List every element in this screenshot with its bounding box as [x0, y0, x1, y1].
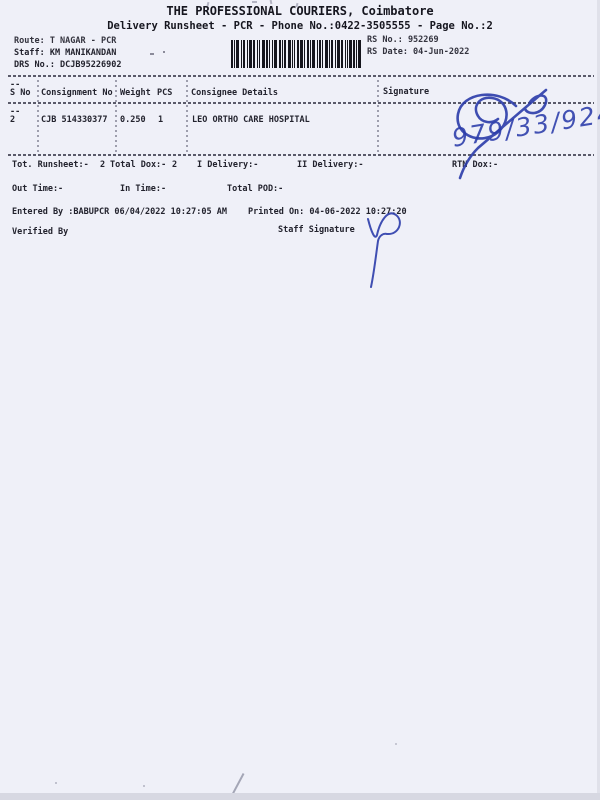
ii-delivery-label: II Delivery:-: [297, 161, 364, 171]
scan-noise-speck: [252, 1, 257, 3]
total-pod-label: Total POD:-: [227, 185, 283, 195]
rs-date-field: RS Date: 04-Jun-2022: [367, 48, 469, 58]
cell-pcs: 1: [158, 116, 163, 126]
out-time-label: Out Time:-: [12, 185, 63, 195]
col-header-weight: Weight: [120, 89, 151, 99]
scan-noise-speck: [143, 785, 145, 787]
rs-no-field: RS No.: 952269: [367, 36, 439, 46]
tot-runsheet-label: Tot. Runsheet:-: [12, 161, 89, 171]
cell-consignee: LEO ORTHO CARE HOSPITAL: [192, 116, 310, 126]
in-time-label: In Time:-: [120, 185, 166, 195]
column-separator: [37, 80, 39, 154]
consignee-signature-ink: [418, 86, 600, 181]
scan-noise-speck: [395, 743, 397, 745]
tot-runsheet-value: 2: [100, 161, 105, 171]
col-header-consignee: Consignee Details: [191, 89, 278, 99]
scan-edge: [0, 793, 600, 800]
staff-signature-label: Staff Signature: [278, 226, 355, 236]
dashed-separator: [8, 75, 594, 77]
cell-consignment-no: CJB 514330377: [41, 116, 108, 126]
col-header-pcs: PCS: [157, 89, 172, 99]
staff-signature-ink: [358, 211, 408, 289]
pen-dot: [163, 51, 165, 53]
entered-by-field: Entered By :BABUPCR 06/04/2022 10:27:05 …: [12, 208, 227, 218]
scan-noise-speck: [55, 782, 57, 784]
runsheet-subtitle: Delivery Runsheet - PCR - Phone No.:0422…: [0, 20, 600, 32]
total-dox-label: Total Dox:-: [110, 161, 166, 171]
staff-field: Staff: KM MANIKANDAN: [14, 49, 116, 59]
col-header-sno: S No: [10, 89, 30, 99]
total-dox-value: 2: [172, 161, 177, 171]
company-title: THE PROFESSIONAL COURIERS, Coimbatore: [0, 5, 600, 19]
col-header-consignment: Consignment No: [41, 89, 113, 99]
column-separator: [186, 80, 188, 154]
column-separator: [115, 80, 117, 154]
i-delivery-label: I Delivery:-: [197, 161, 258, 171]
drs-no-field: DRS No.: DCJB95226902: [14, 61, 121, 71]
verified-by-label: Verified By: [12, 228, 68, 238]
runsheet-document: THE PROFESSIONAL COURIERS, Coimbatore De…: [0, 0, 600, 800]
cell-weight: 0.250: [120, 116, 146, 126]
pen-dot: [150, 53, 154, 55]
barcode: [231, 40, 361, 68]
column-separator: [377, 80, 379, 154]
stray-pen-mark: [231, 773, 244, 795]
route-field: Route: T NAGAR - PCR: [14, 37, 116, 47]
cell-sno: 2: [10, 116, 15, 126]
